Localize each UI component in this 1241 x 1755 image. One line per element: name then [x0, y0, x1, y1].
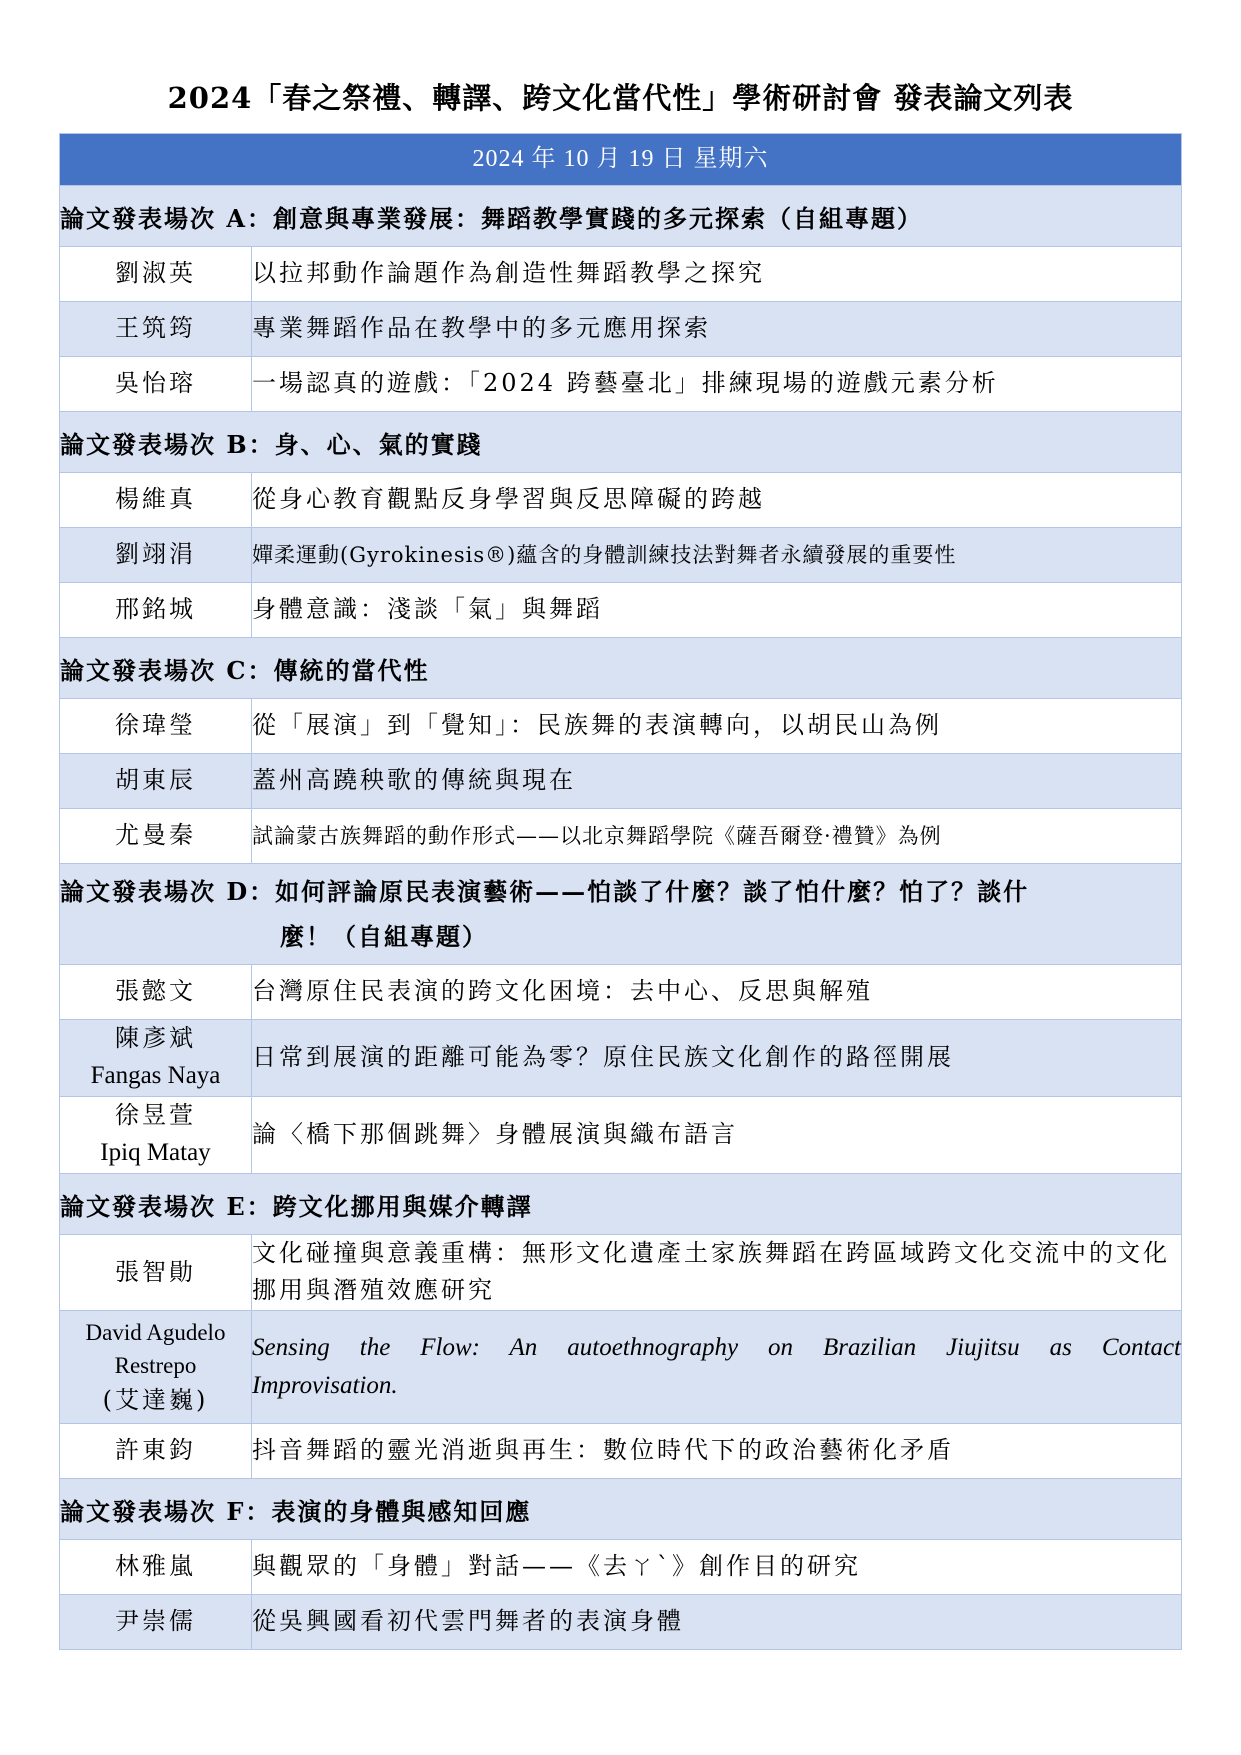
presenter-name: 尹崇儒 — [60, 1594, 252, 1649]
session-header-a: 論文發表場次 A：創意與專業發展：舞蹈教學實踐的多元探索（自組專題） — [60, 186, 1182, 247]
session-heading: 論文發表場次 A：創意與專業發展：舞蹈教學實踐的多元探索（自組專題） — [60, 186, 1182, 247]
table-row: 劉翊涓 嬋柔運動(Gyrokinesis®)蘊含的身體訓練技法對舞者永續發展的重… — [60, 528, 1182, 583]
session-heading: 論文發表場次 C：傳統的當代性 — [60, 638, 1182, 699]
presenter-name-indigenous: Ipiq Matay — [60, 1134, 251, 1173]
table-row: 張智勛 文化碰撞與意義重構：無形文化遺產土家族舞蹈在跨區域跨文化交流中的文化挪用… — [60, 1234, 1182, 1310]
session-heading: 論文發表場次 D：如何評論原民表演藝術——怕談了什麼？談了怕什麼？怕了？談什 麼… — [60, 864, 1182, 965]
presenter-name: 劉翊涓 — [60, 528, 252, 583]
session-header-c: 論文發表場次 C：傳統的當代性 — [60, 638, 1182, 699]
session-heading-line1: 論文發表場次 D：如何評論原民表演藝術——怕談了什麼？談了怕什麼？怕了？談什 — [60, 873, 1181, 910]
paper-title: 台灣原住民表演的跨文化困境：去中心、反思與解殖 — [252, 965, 1182, 1020]
paper-title: 蓋州高蹺秧歌的傳統與現在 — [252, 754, 1182, 809]
table-row: 徐瑋瑩 從「展演」到「覺知」：民族舞的表演轉向，以胡民山為例 — [60, 699, 1182, 754]
presenter-name: 張懿文 — [60, 965, 252, 1020]
paper-title: Sensing the Flow: An autoethnography on … — [252, 1310, 1182, 1423]
session-heading: 論文發表場次 B：身、心、氣的實踐 — [60, 412, 1182, 473]
presenter-name: 林雅嵐 — [60, 1539, 252, 1594]
session-header-d: 論文發表場次 D：如何評論原民表演藝術——怕談了什麼？談了怕什麼？怕了？談什 麼… — [60, 864, 1182, 965]
presenter-name: 邢銘城 — [60, 583, 252, 638]
table-row: 林雅嵐 與觀眾的「身體」對話——《去ㄚ`》創作目的研究 — [60, 1539, 1182, 1594]
table-row: 尹崇儒 從吳興國看初代雲門舞者的表演身體 — [60, 1594, 1182, 1649]
paper-title: 論〈橋下那個跳舞〉身體展演與織布語言 — [252, 1096, 1182, 1173]
table-row: 尤曼秦 試論蒙古族舞蹈的動作形式——以北京舞蹈學院《薩吾爾登·禮贊》為例 — [60, 809, 1182, 864]
presenter-name-line1: David Agudelo — [60, 1316, 251, 1349]
presenter-name: 楊維真 — [60, 473, 252, 528]
presenter-name: 徐昱萱 Ipiq Matay — [60, 1096, 252, 1173]
table-row: 徐昱萱 Ipiq Matay 論〈橋下那個跳舞〉身體展演與織布語言 — [60, 1096, 1182, 1173]
paper-title: 試論蒙古族舞蹈的動作形式——以北京舞蹈學院《薩吾爾登·禮贊》為例 — [252, 809, 1182, 864]
presenter-name: 尤曼秦 — [60, 809, 252, 864]
table-row: 邢銘城 身體意識：淺談「氣」與舞蹈 — [60, 583, 1182, 638]
paper-title: 文化碰撞與意義重構：無形文化遺產土家族舞蹈在跨區域跨文化交流中的文化挪用與潛殖效… — [252, 1234, 1182, 1310]
paper-title: 日常到展演的距離可能為零？原住民族文化創作的路徑開展 — [252, 1020, 1182, 1097]
paper-title: 從「展演」到「覺知」：民族舞的表演轉向，以胡民山為例 — [252, 699, 1182, 754]
table-row: 吳怡瑢 一場認真的遊戲：「2024 跨藝臺北」排練現場的遊戲元素分析 — [60, 357, 1182, 412]
paper-title: 嬋柔運動(Gyrokinesis®)蘊含的身體訓練技法對舞者永續發展的重要性 — [252, 528, 1182, 583]
session-heading: 論文發表場次 E：跨文化挪用與媒介轉譯 — [60, 1173, 1182, 1234]
session-heading-line2: 麼！（自組專題） — [60, 918, 1181, 955]
presenter-name-line2: Restrepo — [60, 1349, 251, 1382]
session-header-b: 論文發表場次 B：身、心、氣的實踐 — [60, 412, 1182, 473]
presenter-name-indigenous: Fangas Naya — [60, 1057, 251, 1096]
table-row: 楊維真 從身心教育觀點反身學習與反思障礙的跨越 — [60, 473, 1182, 528]
table-row: 劉淑英 以拉邦動作論題作為創造性舞蹈教學之探究 — [60, 247, 1182, 302]
paper-title: 以拉邦動作論題作為創造性舞蹈教學之探究 — [252, 247, 1182, 302]
table-row: 陳彥斌 Fangas Naya 日常到展演的距離可能為零？原住民族文化創作的路徑… — [60, 1020, 1182, 1097]
presenter-name-zh: (艾達巍) — [60, 1383, 251, 1418]
table-row: David Agudelo Restrepo (艾達巍) Sensing the… — [60, 1310, 1182, 1423]
presenter-name: 胡東辰 — [60, 754, 252, 809]
paper-title: 專業舞蹈作品在教學中的多元應用探索 — [252, 302, 1182, 357]
presenter-name: 許東鈞 — [60, 1423, 252, 1478]
presenter-name: 徐瑋瑩 — [60, 699, 252, 754]
document-title: 2024「春之祭禮、轉譯、跨文化當代性」學術研討會 發表論文列表 — [0, 76, 1241, 117]
table-row: 王筑筠 專業舞蹈作品在教學中的多元應用探索 — [60, 302, 1182, 357]
session-header-f: 論文發表場次 F：表演的身體與感知回應 — [60, 1478, 1182, 1539]
table-row: 許東鈞 抖音舞蹈的靈光消逝與再生：數位時代下的政治藝術化矛盾 — [60, 1423, 1182, 1478]
table-row: 胡東辰 蓋州高蹺秧歌的傳統與現在 — [60, 754, 1182, 809]
presenter-name: 張智勛 — [60, 1234, 252, 1310]
table-row: 張懿文 台灣原住民表演的跨文化困境：去中心、反思與解殖 — [60, 965, 1182, 1020]
paper-title: 與觀眾的「身體」對話——《去ㄚ`》創作目的研究 — [252, 1539, 1182, 1594]
paper-title: 身體意識：淺談「氣」與舞蹈 — [252, 583, 1182, 638]
presenter-name: 陳彥斌 Fangas Naya — [60, 1020, 252, 1097]
presenter-name: David Agudelo Restrepo (艾達巍) — [60, 1310, 252, 1423]
date-header: 2024 年 10 月 19 日 星期六 — [60, 134, 1182, 186]
paper-title: 從身心教育觀點反身學習與反思障礙的跨越 — [252, 473, 1182, 528]
presenter-name: 劉淑英 — [60, 247, 252, 302]
paper-title: 抖音舞蹈的靈光消逝與再生：數位時代下的政治藝術化矛盾 — [252, 1423, 1182, 1478]
presenter-name-zh: 陳彥斌 — [60, 1020, 251, 1057]
presenter-name-zh: 徐昱萱 — [60, 1097, 251, 1134]
paper-schedule-table: 2024 年 10 月 19 日 星期六 論文發表場次 A：創意與專業發展：舞蹈… — [59, 133, 1182, 1650]
session-header-e: 論文發表場次 E：跨文化挪用與媒介轉譯 — [60, 1173, 1182, 1234]
presenter-name: 王筑筠 — [60, 302, 252, 357]
presenter-name: 吳怡瑢 — [60, 357, 252, 412]
paper-title: 一場認真的遊戲：「2024 跨藝臺北」排練現場的遊戲元素分析 — [252, 357, 1182, 412]
paper-title: 從吳興國看初代雲門舞者的表演身體 — [252, 1594, 1182, 1649]
date-header-row: 2024 年 10 月 19 日 星期六 — [60, 134, 1182, 186]
session-heading: 論文發表場次 F：表演的身體與感知回應 — [60, 1478, 1182, 1539]
